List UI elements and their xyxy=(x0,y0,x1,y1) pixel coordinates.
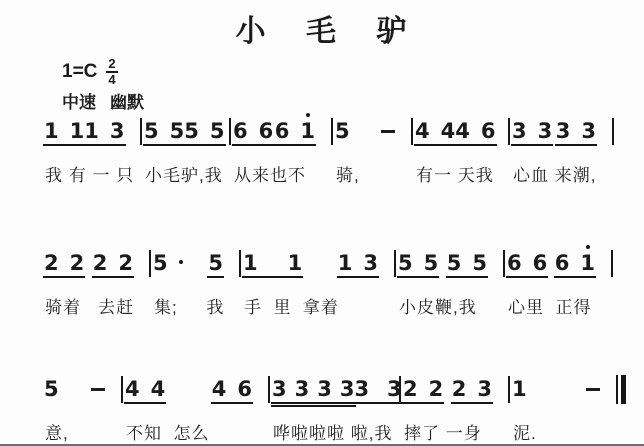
note-digit: 5 xyxy=(170,121,185,142)
lyric-text: 骑着 去赶 xyxy=(42,293,151,318)
note-group: 5 xyxy=(44,379,59,408)
beam-underline xyxy=(454,144,496,146)
note-digit: 5 xyxy=(144,121,159,142)
measure: 3333 xyxy=(510,121,612,150)
tempo-line: 中速 幽默 xyxy=(62,88,144,113)
lyric-text: 心里 正得 xyxy=(505,293,613,318)
note-digit: 1 xyxy=(243,253,258,274)
lyric-text: 哗啦啦啦 啦,我 xyxy=(270,419,401,444)
note-digit: 1 xyxy=(512,379,527,400)
beam-underline xyxy=(446,276,488,278)
note-digit: 6 xyxy=(507,253,522,274)
note-group: 5 xyxy=(153,253,183,282)
note-digit: 5 xyxy=(153,253,168,274)
beam-underline xyxy=(43,144,85,146)
note-group: 13 xyxy=(84,121,124,150)
lyric-text: 有一 天我 xyxy=(413,161,510,186)
note-group xyxy=(381,130,395,150)
note-digit: 6 xyxy=(555,253,570,274)
note-digit: 1 xyxy=(338,253,353,274)
beam-underline xyxy=(242,276,303,278)
note-digit: 2 xyxy=(44,253,59,274)
lyric-text: 我 有 一 只 xyxy=(42,161,142,186)
key-time-signature: 1=C 2 4 xyxy=(62,57,118,86)
beam-underline xyxy=(451,402,493,404)
note-digit: 3 xyxy=(295,379,310,400)
measure: 5555 xyxy=(396,253,503,282)
lyric-text: 意, xyxy=(42,419,123,444)
beam-underline xyxy=(354,402,403,404)
note-digit: 6 xyxy=(533,253,548,274)
half-note-dash xyxy=(91,388,105,391)
lyric-text: 不知 怎么 xyxy=(123,419,270,444)
note-digit: 5 xyxy=(44,379,59,400)
note-group: 23 xyxy=(452,379,492,408)
beam-underline xyxy=(274,144,316,146)
note-digit: 6 xyxy=(259,121,274,142)
beam-underline xyxy=(506,276,548,278)
note-digit: 2 xyxy=(93,253,108,274)
note-group: 61 xyxy=(555,253,595,282)
note-digit: 3 xyxy=(340,379,355,400)
notes-row: 111355556661544463333 xyxy=(42,112,614,150)
note-digit: 6 xyxy=(275,121,290,142)
measure: 333333 xyxy=(270,379,399,408)
note-digit: 6 xyxy=(233,121,248,142)
time-signature-numerator: 2 xyxy=(106,57,117,73)
note-digit: 1 xyxy=(84,121,99,142)
system-1: 111355556661544463333我 有 一 只小毛驴,我从来也不骑,有… xyxy=(42,112,614,186)
system-3: 5444633333322231意,不知 怎么哗啦啦啦 啦,我摔了 一身泥. xyxy=(42,370,626,444)
page-title: 小 毛 驴 xyxy=(0,6,644,50)
measure: 1113 xyxy=(42,121,140,150)
lyric-text: 小毛驴,我 xyxy=(142,161,231,186)
measure: 6661 xyxy=(505,253,611,282)
beam-underline xyxy=(124,402,166,404)
octave-dot xyxy=(306,113,310,117)
notes-row: 222255111355556661 xyxy=(42,244,613,282)
note-digit: 2 xyxy=(70,253,85,274)
barline xyxy=(612,118,614,145)
note-digit: 2 xyxy=(403,379,418,400)
note-group: 33 xyxy=(355,379,402,408)
beam-underline xyxy=(143,144,185,146)
half-note-dash xyxy=(586,388,600,391)
note-group: 46 xyxy=(212,379,252,408)
note-group: 5 xyxy=(335,121,350,150)
note-group: 22 xyxy=(403,379,443,408)
note-digit: 5 xyxy=(210,121,225,142)
augmentation-dot xyxy=(179,260,183,264)
lyric-text: 泥. xyxy=(510,419,618,444)
note-digit: 5 xyxy=(335,121,350,142)
mood-marking: 幽默 xyxy=(110,88,144,113)
note-digit: 3 xyxy=(512,121,527,142)
note-digit: 6 xyxy=(237,379,252,400)
measure: 2223 xyxy=(401,379,508,408)
note-group: 22 xyxy=(44,253,84,282)
note-group: 55 xyxy=(184,121,224,150)
note-group: 11 xyxy=(44,121,84,150)
measure: 55 xyxy=(151,253,239,282)
note-digit: 2 xyxy=(452,379,467,400)
lyric-text: 摔了 一身 xyxy=(401,419,510,444)
lyric-text: 心血 来潮, xyxy=(510,161,614,186)
measure: 5 xyxy=(333,121,411,150)
measure: 6661 xyxy=(231,121,331,150)
beam-underline xyxy=(183,144,225,146)
note-group: 5 xyxy=(208,253,223,282)
note-group: 1 xyxy=(512,379,527,408)
lyric-text: 手 里 拿着 xyxy=(241,293,396,318)
note-digit: 1 xyxy=(44,121,59,142)
note-group xyxy=(586,388,600,408)
note-digit: 3 xyxy=(556,121,571,142)
note-digit: 1 xyxy=(300,121,315,142)
note-group: 61 xyxy=(275,121,315,150)
half-note-dash xyxy=(381,130,395,133)
beam-underline xyxy=(414,144,456,146)
beam-underline xyxy=(43,276,85,278)
note-group xyxy=(91,388,105,408)
note-digit: 5 xyxy=(208,253,223,274)
note-group: 66 xyxy=(507,253,547,282)
measure: 1113 xyxy=(241,253,394,282)
note-group: 55 xyxy=(144,121,184,150)
note-digit: 4 xyxy=(125,379,140,400)
octave-dot xyxy=(586,245,590,249)
note-digit: 5 xyxy=(424,253,439,274)
note-digit: 5 xyxy=(184,121,199,142)
notes-row: 5444633333322231 xyxy=(42,370,626,408)
key-signature: 1=C xyxy=(62,61,97,83)
lyrics-row: 骑着 去赶集; 我手 里 拿着小皮鞭,我心里 正得 xyxy=(42,293,613,318)
beam-underline xyxy=(555,144,597,146)
note-digit: 5 xyxy=(398,253,413,274)
beam-underline xyxy=(554,276,596,278)
note-digit: 4 xyxy=(441,121,456,142)
lyric-text: 集; 我 xyxy=(151,293,241,318)
note-group: 66 xyxy=(233,121,273,150)
beam-underline xyxy=(337,276,379,278)
note-digit: 1 xyxy=(288,253,303,274)
measure: 4446 xyxy=(123,379,268,408)
measure: 2222 xyxy=(42,253,149,282)
measure: 1 xyxy=(510,379,616,408)
beam-underline xyxy=(211,402,253,404)
note-group: 33 xyxy=(556,121,596,150)
note-group: 22 xyxy=(93,253,133,282)
note-digit: 6 xyxy=(481,121,496,142)
note-group: 3333 xyxy=(272,379,355,408)
final-barline-thin xyxy=(616,375,618,404)
beam-underline xyxy=(83,144,125,146)
beam-underline xyxy=(207,276,224,278)
beam-underline xyxy=(271,402,356,404)
barline xyxy=(611,250,613,277)
note-digit: 4 xyxy=(455,121,470,142)
note-digit: 3 xyxy=(272,379,287,400)
note-digit: 3 xyxy=(317,379,332,400)
system-2: 222255111355556661骑着 去赶集; 我手 里 拿着小皮鞭,我心里… xyxy=(42,244,613,318)
lyrics-row: 我 有 一 只小毛驴,我从来也不骑,有一 天我心血 来潮, xyxy=(42,161,614,186)
note-digit: 5 xyxy=(472,253,487,274)
note-digit: 3 xyxy=(110,121,125,142)
note-digit: 2 xyxy=(429,379,444,400)
note-group: 33 xyxy=(512,121,552,150)
time-signature: 2 4 xyxy=(106,57,117,86)
time-signature-denominator: 4 xyxy=(108,73,115,87)
note-digit: 4 xyxy=(415,121,430,142)
note-digit: 3 xyxy=(363,253,378,274)
note-digit: 3 xyxy=(538,121,553,142)
note-group: 13 xyxy=(338,253,378,282)
note-group: 44 xyxy=(125,379,165,408)
final-barline-thick xyxy=(621,375,626,404)
note-group: 55 xyxy=(447,253,487,282)
tempo-marking: 中速 xyxy=(62,88,96,113)
measure: 5555 xyxy=(142,121,229,150)
lyric-text: 骑, xyxy=(333,161,413,186)
note-digit: 2 xyxy=(118,253,133,274)
note-digit: 1 xyxy=(70,121,85,142)
lyric-text: 从来也不 xyxy=(231,161,333,186)
note-digit: 3 xyxy=(355,379,370,400)
note-group: 44 xyxy=(415,121,455,150)
beam-underline xyxy=(511,144,553,146)
note-digit: 4 xyxy=(151,379,166,400)
note-group: 55 xyxy=(398,253,438,282)
measure: 4446 xyxy=(413,121,508,150)
beam-underline-2 xyxy=(271,405,356,407)
measure: 5 xyxy=(42,379,121,408)
note-digit: 3 xyxy=(477,379,492,400)
final-barline xyxy=(616,375,626,404)
lyric-text: 小皮鞭,我 xyxy=(396,293,505,318)
beam-underline xyxy=(232,144,274,146)
beam-underline xyxy=(92,276,134,278)
note-group: 46 xyxy=(455,121,495,150)
note-digit: 5 xyxy=(447,253,462,274)
beam-underline xyxy=(397,276,439,278)
beam-underline xyxy=(402,402,444,404)
note-digit: 3 xyxy=(387,379,402,400)
sheet-music-page: { "title": "小 毛 驴", "header": { "key": "… xyxy=(0,0,644,446)
note-digit: 1 xyxy=(580,253,595,274)
note-group: 11 xyxy=(243,253,302,282)
lyrics-row: 意,不知 怎么哗啦啦啦 啦,我摔了 一身泥. xyxy=(42,419,626,444)
note-digit: 4 xyxy=(212,379,227,400)
note-digit: 3 xyxy=(581,121,596,142)
